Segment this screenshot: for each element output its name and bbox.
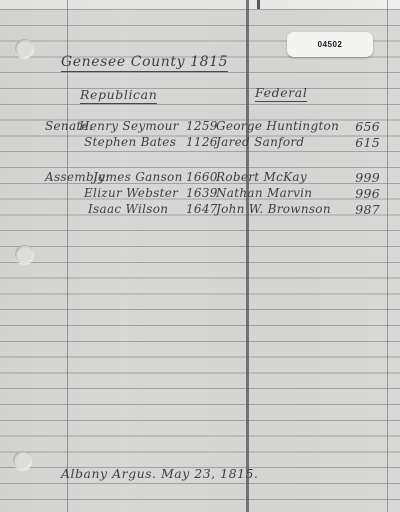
federal-votes: 656 bbox=[338, 119, 380, 134]
page-top-edge bbox=[0, 0, 400, 9]
table-row-senate-2: Stephen Bates 1126 Jared Sanford 615 bbox=[0, 135, 400, 150]
republican-name: Henry Seymour bbox=[79, 119, 179, 133]
column-header-republican: Republican bbox=[80, 87, 157, 102]
hole-punch-bottom bbox=[13, 451, 32, 470]
republican-votes: 1647 bbox=[186, 202, 218, 216]
republican-name: James Ganson bbox=[93, 170, 183, 184]
republican-votes: 1259 bbox=[186, 119, 218, 133]
catalog-label: 04502 bbox=[287, 32, 373, 57]
republican-votes: 1639 bbox=[186, 186, 218, 200]
federal-name: George Huntington bbox=[216, 119, 339, 133]
hole-punch-top bbox=[15, 39, 34, 58]
federal-votes: 615 bbox=[338, 135, 380, 150]
table-row-senate-1: Senate: Henry Seymour 1259 George Huntin… bbox=[0, 119, 400, 134]
left-margin-line bbox=[67, 0, 68, 512]
republican-name: Isaac Wilson bbox=[88, 202, 168, 216]
federal-name: Robert McKay bbox=[216, 170, 307, 184]
federal-votes: 999 bbox=[338, 170, 380, 185]
page-title-text: Genesee County 1815 bbox=[61, 54, 228, 72]
federal-name: Jared Sanford bbox=[216, 135, 304, 149]
ruled-lines bbox=[0, 9, 400, 512]
republican-name: Stephen Bates bbox=[84, 135, 176, 149]
table-row-assembly-1: Assembly: James Ganson 1660 Robert McKay… bbox=[0, 170, 400, 185]
republican-votes: 1660 bbox=[186, 170, 218, 184]
republican-name: Elizur Webster bbox=[84, 186, 178, 200]
right-margin-line bbox=[387, 0, 388, 512]
center-divider-line bbox=[246, 0, 249, 512]
federal-name: John W. Brownson bbox=[216, 202, 331, 216]
hole-punch-middle bbox=[15, 245, 34, 264]
federal-votes: 987 bbox=[338, 202, 380, 217]
table-row-assembly-2: Elizur Webster 1639 Nathan Marvin 996 bbox=[0, 186, 400, 201]
scanned-ledger-page: 04502 Genesee County 1815 Republican Fed… bbox=[0, 0, 400, 512]
catalog-number: 04502 bbox=[318, 40, 343, 49]
page-title: Genesee County 1815 bbox=[61, 54, 228, 70]
federal-votes: 996 bbox=[338, 186, 380, 201]
table-row-assembly-3: Isaac Wilson 1647 John W. Brownson 987 bbox=[0, 202, 400, 217]
federal-name: Nathan Marvin bbox=[216, 186, 312, 200]
republican-votes: 1126 bbox=[186, 135, 218, 149]
divider-edge-mark bbox=[257, 0, 260, 9]
source-citation: Albany Argus. May 23, 1815. bbox=[61, 466, 258, 481]
column-header-federal: Federal bbox=[255, 85, 307, 100]
